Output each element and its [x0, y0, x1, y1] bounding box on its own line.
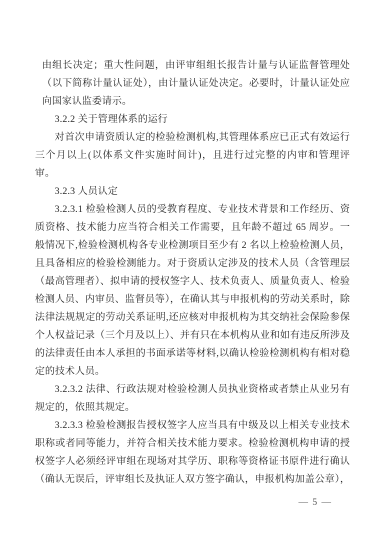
page-number: — 5 — — [299, 496, 333, 510]
section-heading: 3.2.2 关于管理体系的运行 — [35, 111, 350, 129]
paragraph: 3.2.3.1 检验检测人员的受教育程度、专业技术背景和工作经历、资质资格、技术… — [35, 201, 350, 381]
document-body: 由组长决定；重大性问题，由评审组组长报告计量与认证监督管理处（以下简称计量认证处… — [35, 57, 350, 489]
paragraph: 3.2.3.3 检验检测报告授权签字人应当具有中级及以上相关专业技术职称或者同等… — [35, 417, 350, 489]
paragraph: 对首次申请资质认定的检验检测机构,其管理体系应已正式有效运行三个月以上(以体系文… — [35, 129, 350, 183]
section-heading: 3.2.3 人员认定 — [35, 183, 350, 201]
document-page: 由组长决定；重大性问题，由评审组组长报告计量与认证监督管理处（以下简称计量认证处… — [0, 0, 390, 551]
paragraph: 由组长决定；重大性问题，由评审组组长报告计量与认证监督管理处（以下简称计量认证处… — [42, 57, 350, 111]
paragraph: 3.2.3.2 法律、行政法规对检验检测人员执业资格或者禁止从业另有规定的，依照… — [35, 381, 350, 417]
